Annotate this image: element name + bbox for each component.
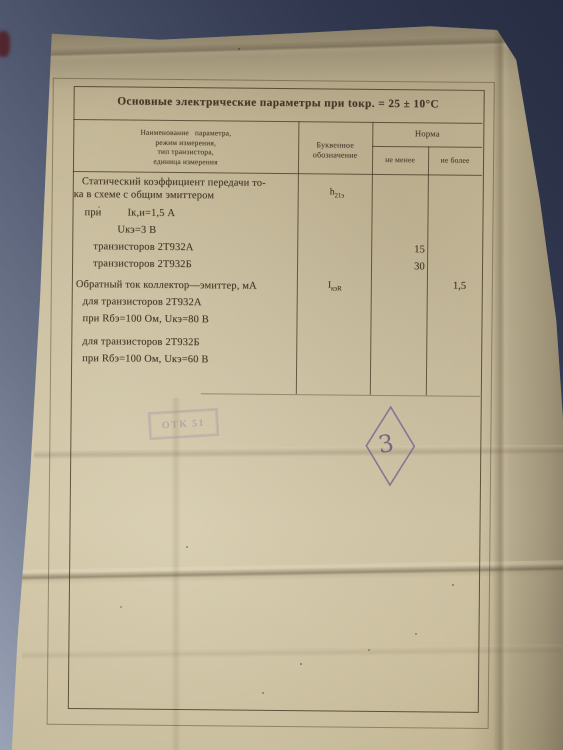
param2-max: 1,5 [453, 281, 466, 292]
param1-condition2: Uкэ=3 В [117, 224, 156, 235]
param2-name: Обратный ток коллектор—эмиттер, мА [76, 279, 257, 292]
header-norma: Норма [372, 129, 482, 140]
document: Основные электрические параметры при tок… [0, 0, 563, 750]
header-parameter: Наименование параметра, режим измерения,… [73, 127, 298, 167]
header-norma-max: не более [428, 155, 482, 165]
param2-cond-a: при Rбэ=100 Ом, Uкэ=80 В [82, 313, 208, 325]
param1-min-a: 15 [414, 244, 425, 255]
param1-symbol-sub: 21э [334, 192, 344, 199]
param2-cond-b: при Rбэ=100 Ом, Uкэ=60 В [82, 353, 208, 365]
header-symbol-line: обозначение [298, 150, 372, 160]
param2-symbol: IкэR [328, 280, 342, 292]
rule-body-bottom [201, 393, 480, 397]
parameters-table: Основные электрические параметры при tок… [68, 86, 483, 711]
param2-type-b: для транзисторов 2Т932Б [82, 336, 199, 348]
photo-background: Основные электрические параметры при tок… [0, 0, 563, 750]
param1-symbol: h21э [330, 187, 345, 199]
diamond-stamp: 3 [361, 404, 420, 489]
param1-cond-label: при [84, 207, 101, 218]
param1-condition1: приIк,и=1,5 А [84, 207, 175, 219]
header-symbol: Буквенное обозначение [298, 140, 372, 160]
param1-type-a: транзисторов 2Т932А [93, 241, 193, 253]
param1-min-b: 30 [414, 261, 425, 272]
rule-col3 [426, 146, 429, 395]
header-parameter-line: единица измерения [73, 155, 298, 167]
param1-name-line2: ка в схеме с общим эмиттером [74, 189, 215, 201]
param1-type-b: транзисторов 2Т932Б [93, 258, 192, 270]
param2-type-a: для транзисторов 2Т932А [83, 296, 202, 308]
param2-symbol-sub: кэR [331, 285, 342, 292]
param1-name-line1: Статический коэффициент передачи то- [82, 176, 266, 189]
param1-cond1-value: Iк,и=1,5 А [127, 208, 175, 219]
table-title: Основные электрические параметры при tок… [74, 95, 483, 111]
rule-under-title [73, 119, 482, 124]
otk-stamp: ОТК 51 [148, 408, 220, 440]
rule-under-header [73, 171, 482, 176]
header-norma-min: не менее [372, 155, 428, 165]
